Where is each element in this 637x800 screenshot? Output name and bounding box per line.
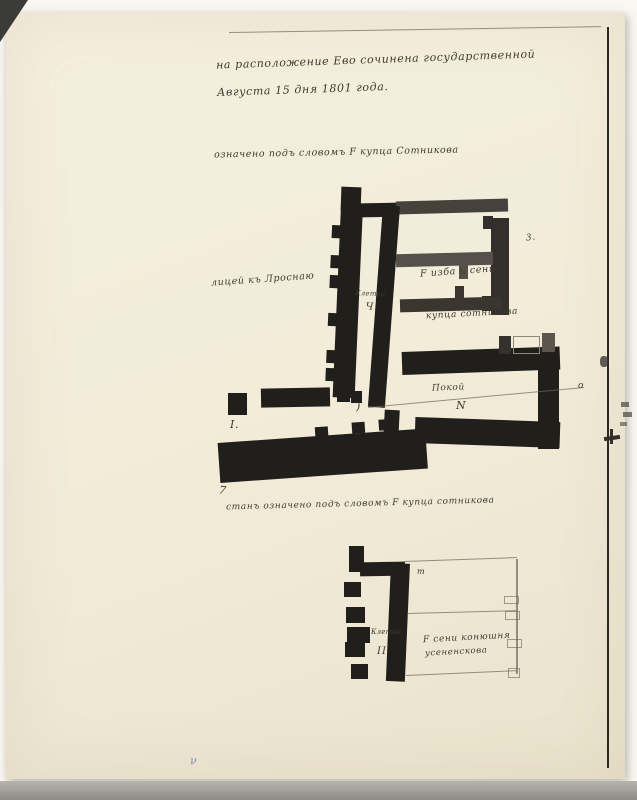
ink-smudge: [621, 402, 629, 407]
lower-caption-flourish: 7: [218, 485, 227, 497]
bracket-bottom-band: [415, 417, 561, 448]
mark-N: N: [456, 400, 466, 411]
mark-t: т: [417, 568, 425, 576]
lower-building-label-line1: F сени конюшня: [423, 632, 511, 646]
wall-tooth: [347, 627, 370, 643]
wall-main-vertical: [386, 563, 410, 682]
outline-bottom: [406, 670, 518, 676]
cell-label-upper: Клетка: [355, 290, 385, 298]
wall-top-hook: [483, 216, 493, 229]
mark-O: o: [578, 382, 584, 391]
cell-label-lower: Клетка: [371, 629, 401, 636]
wall-tooth: [378, 419, 391, 431]
photo-bottom-shadow: [0, 781, 637, 800]
wall-tooth: [352, 422, 366, 434]
cell-number-upper: Ч: [365, 303, 374, 313]
outline-right: [516, 559, 518, 674]
lower-building-label-line2: усененскова: [425, 646, 488, 658]
block: [337, 389, 350, 402]
ink-smudge: [623, 412, 632, 417]
wall-stub-up: [455, 286, 464, 299]
wall-tooth: [351, 664, 368, 679]
outline-hook: [505, 611, 520, 620]
dark-corner-backing: [0, 0, 28, 42]
mark-3: 3.: [525, 233, 536, 243]
wall-tooth: [344, 582, 361, 597]
mark-paren: ): [356, 401, 361, 412]
ink-smudge: [600, 356, 608, 367]
stub-outline-box: [513, 336, 540, 354]
blue-pencil-mark: ν: [190, 755, 198, 767]
wall-tooth: [346, 607, 365, 623]
corridor-wall-group: Клетка Ч: [324, 205, 403, 414]
outline-mid: [407, 610, 516, 614]
right-border-line: [607, 27, 609, 768]
block: [228, 393, 247, 415]
lower-plan-group: Клетка II т F сени конюшня усененскова: [344, 544, 534, 686]
outline-top: [404, 557, 517, 562]
stub-gray: [542, 333, 555, 352]
ink-smudge: [620, 422, 627, 426]
yard-label: Покой: [432, 383, 465, 393]
block: [261, 387, 330, 407]
wall-tooth: [315, 426, 329, 437]
stub-dark: [499, 336, 511, 354]
wall-tooth: [345, 642, 365, 657]
mark-I: I.: [230, 419, 239, 430]
cell-number-lower: II: [377, 647, 387, 657]
archival-photo: на расположение Ево сочинена государстве…: [0, 0, 637, 800]
ink-cross-mark: [610, 429, 613, 444]
